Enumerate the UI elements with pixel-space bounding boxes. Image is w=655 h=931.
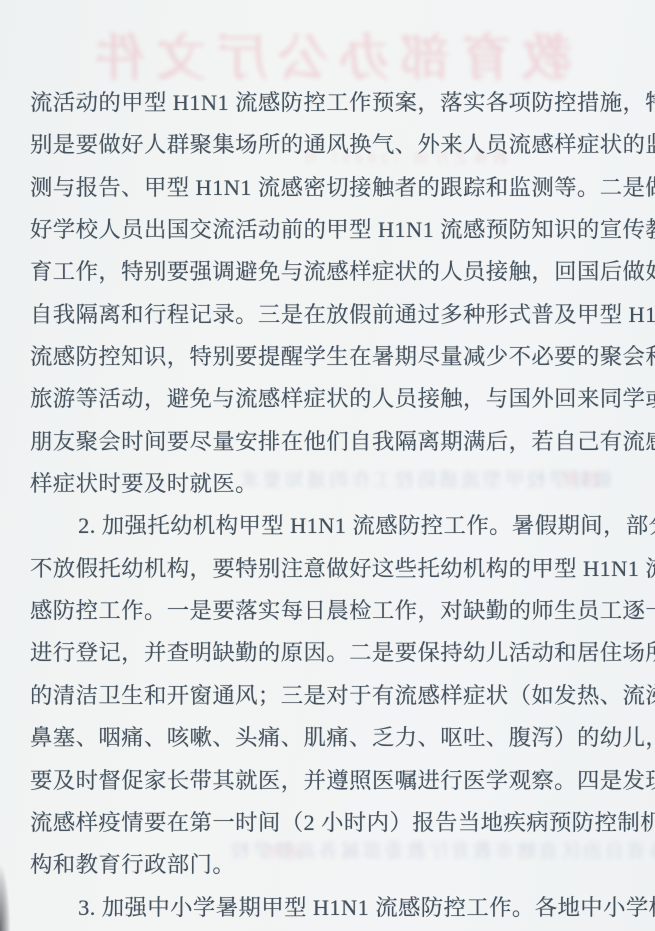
text-line: 感防控工作。一是要落实每日晨检工作，对缺勤的师生员工逐一 xyxy=(30,590,628,632)
text-line: 自我隔离和行程记录。三是在放假前通过多种形式普及甲型 H1N1 xyxy=(30,294,628,336)
document-body: 流活动的甲型 H1N1 流感防控工作预案，落实各项防控措施，特 别是要做好人群聚… xyxy=(30,82,628,929)
text-line-paragraph-3: 3. 加强中小学暑期甲型 H1N1 流感防控工作。各地中小学校 xyxy=(30,887,628,929)
bleedthrough-letterhead: 教育部办公厅文件 xyxy=(84,18,572,90)
text-line: 构和教育行政部门。 xyxy=(30,844,628,886)
text-line: 别是要做好人群聚集场所的通风换气、外来人员流感样症状的监 xyxy=(30,124,628,166)
text-line: 流感样疫情要在第一时间（2 小时内）报告当地疾病预防控制机 xyxy=(30,802,628,844)
text-line: 流活动的甲型 H1N1 流感防控工作预案，落实各项防控措施，特 xyxy=(30,82,628,124)
text-line: 进行登记，并查明缺勤的原因。二是要保持幼儿活动和居住场所 xyxy=(30,632,628,674)
text-line: 育工作，特别要强调避免与流感样症状的人员接触，回国后做好 xyxy=(30,251,628,293)
text-line: 要及时督促家长带其就医，并遵照医嘱进行医学观察。四是发现 xyxy=(30,760,628,802)
text-line: 朋友聚会时间要尽量安排在他们自我隔离期满后，若自己有流感 xyxy=(30,421,628,463)
text-line: 测与报告、甲型 H1N1 流感密切接触者的跟踪和监测等。二是做 xyxy=(30,167,628,209)
text-line-paragraph-2: 2. 加强托幼机构甲型 H1N1 流感防控工作。暑假期间，部分 xyxy=(30,505,628,547)
text-line: 鼻塞、咽痛、咳嗽、头痛、肌痛、乏力、呕吐、腹泻）的幼儿， xyxy=(30,717,628,759)
text-line: 流感防控知识，特别要提醒学生在暑期尽量减少不必要的聚会和 xyxy=(30,336,628,378)
scan-corner-shadow xyxy=(0,821,14,931)
text-line: 的清洁卫生和开窗通风；三是对于有流感样症状（如发热、流涕、 xyxy=(30,675,628,717)
scanned-document-page: 教育部办公厅文件 教体艺厅函〔2009〕号 做好学校甲型流感防控工作的通知要求 … xyxy=(0,0,655,931)
text-line: 好学校人员出国交流活动前的甲型 H1N1 流感预防知识的宣传教 xyxy=(30,209,628,251)
text-line: 不放假托幼机构，要特别注意做好这些托幼机构的甲型 H1N1 流 xyxy=(30,548,628,590)
text-line: 旅游等活动，避免与流感样症状的人员接触，与国外回来同学或 xyxy=(30,378,628,420)
text-line: 样症状时要及时就医。 xyxy=(30,463,628,505)
